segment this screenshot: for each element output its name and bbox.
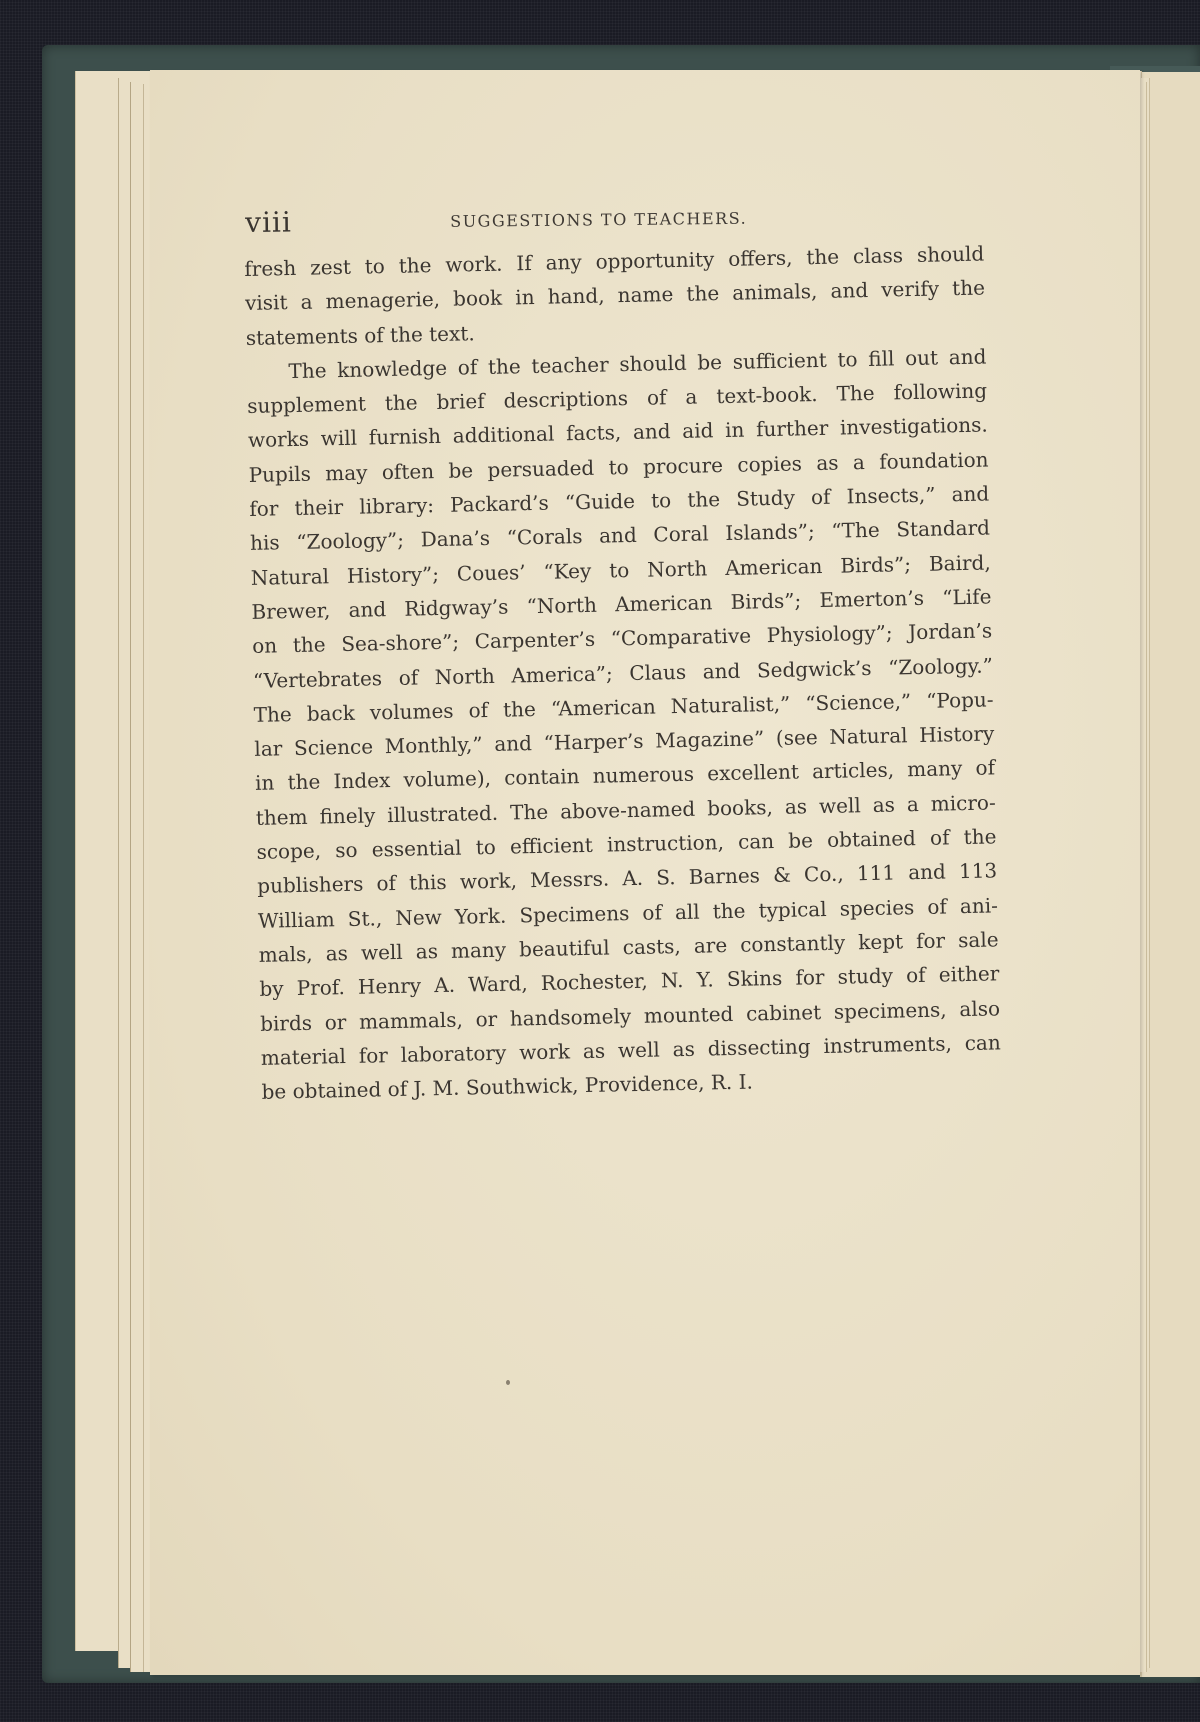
- running-head-title: SUGGESTIONS TO TEACHERS.: [450, 209, 747, 231]
- body-text: fresh zest to the work. If any opportuni…: [244, 237, 1002, 1110]
- paper-speck: [506, 1380, 510, 1385]
- paragraph-2: The knowledge of the teacher should be s…: [246, 339, 1002, 1109]
- paragraph-1: fresh zest to the work. If any opportuni…: [244, 237, 986, 355]
- page-number: viii: [245, 206, 292, 239]
